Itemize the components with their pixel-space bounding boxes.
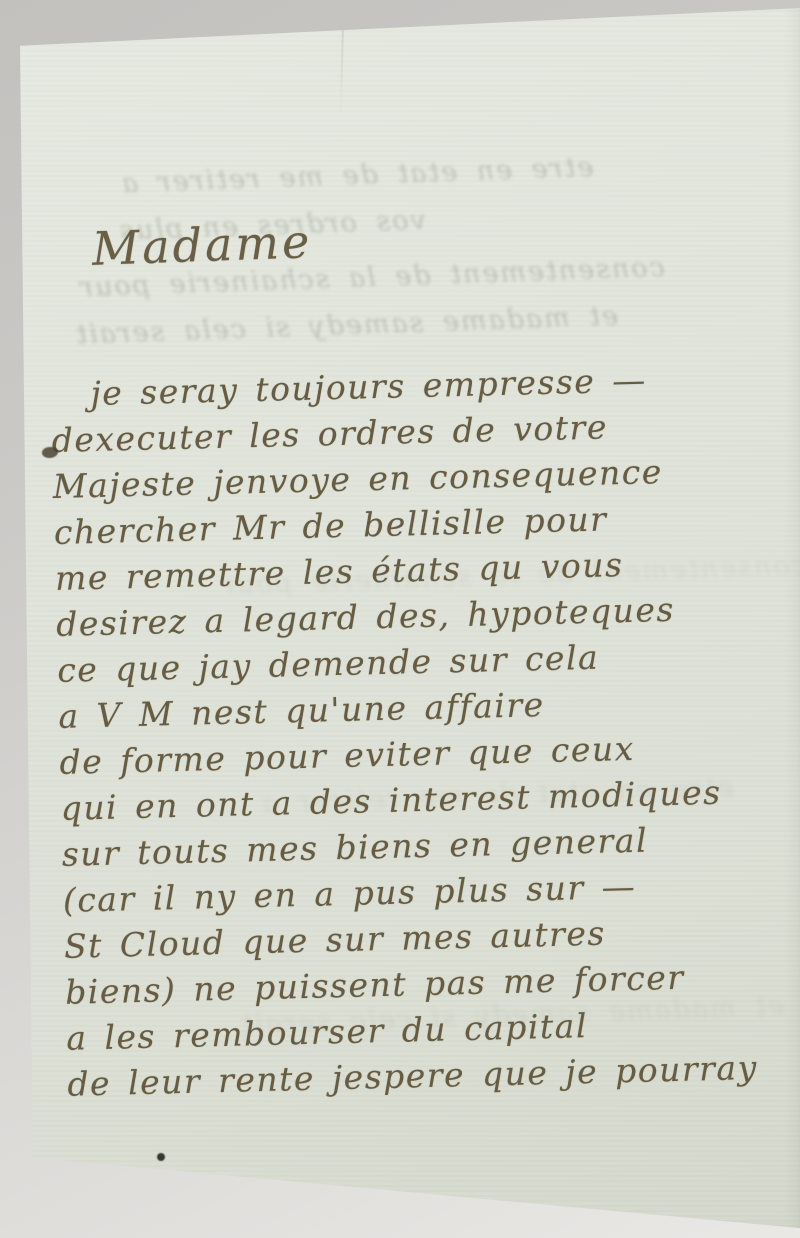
bleedthrough-line: et madame samedy si cela serait (74, 301, 619, 351)
letter-body: je seray toujours empresse — dexecuter l… (50, 354, 800, 1108)
letter-paper: etre en etat de me retirer a vos ordres … (0, 0, 800, 1238)
photo-backdrop: etre en etat de me retirer a vos ordres … (0, 0, 800, 1238)
paper-crease (340, 8, 345, 118)
salutation: Madame (91, 214, 313, 276)
ink-dot (157, 1153, 165, 1161)
bleedthrough-line: etre en etat de me retirer a (120, 152, 594, 200)
